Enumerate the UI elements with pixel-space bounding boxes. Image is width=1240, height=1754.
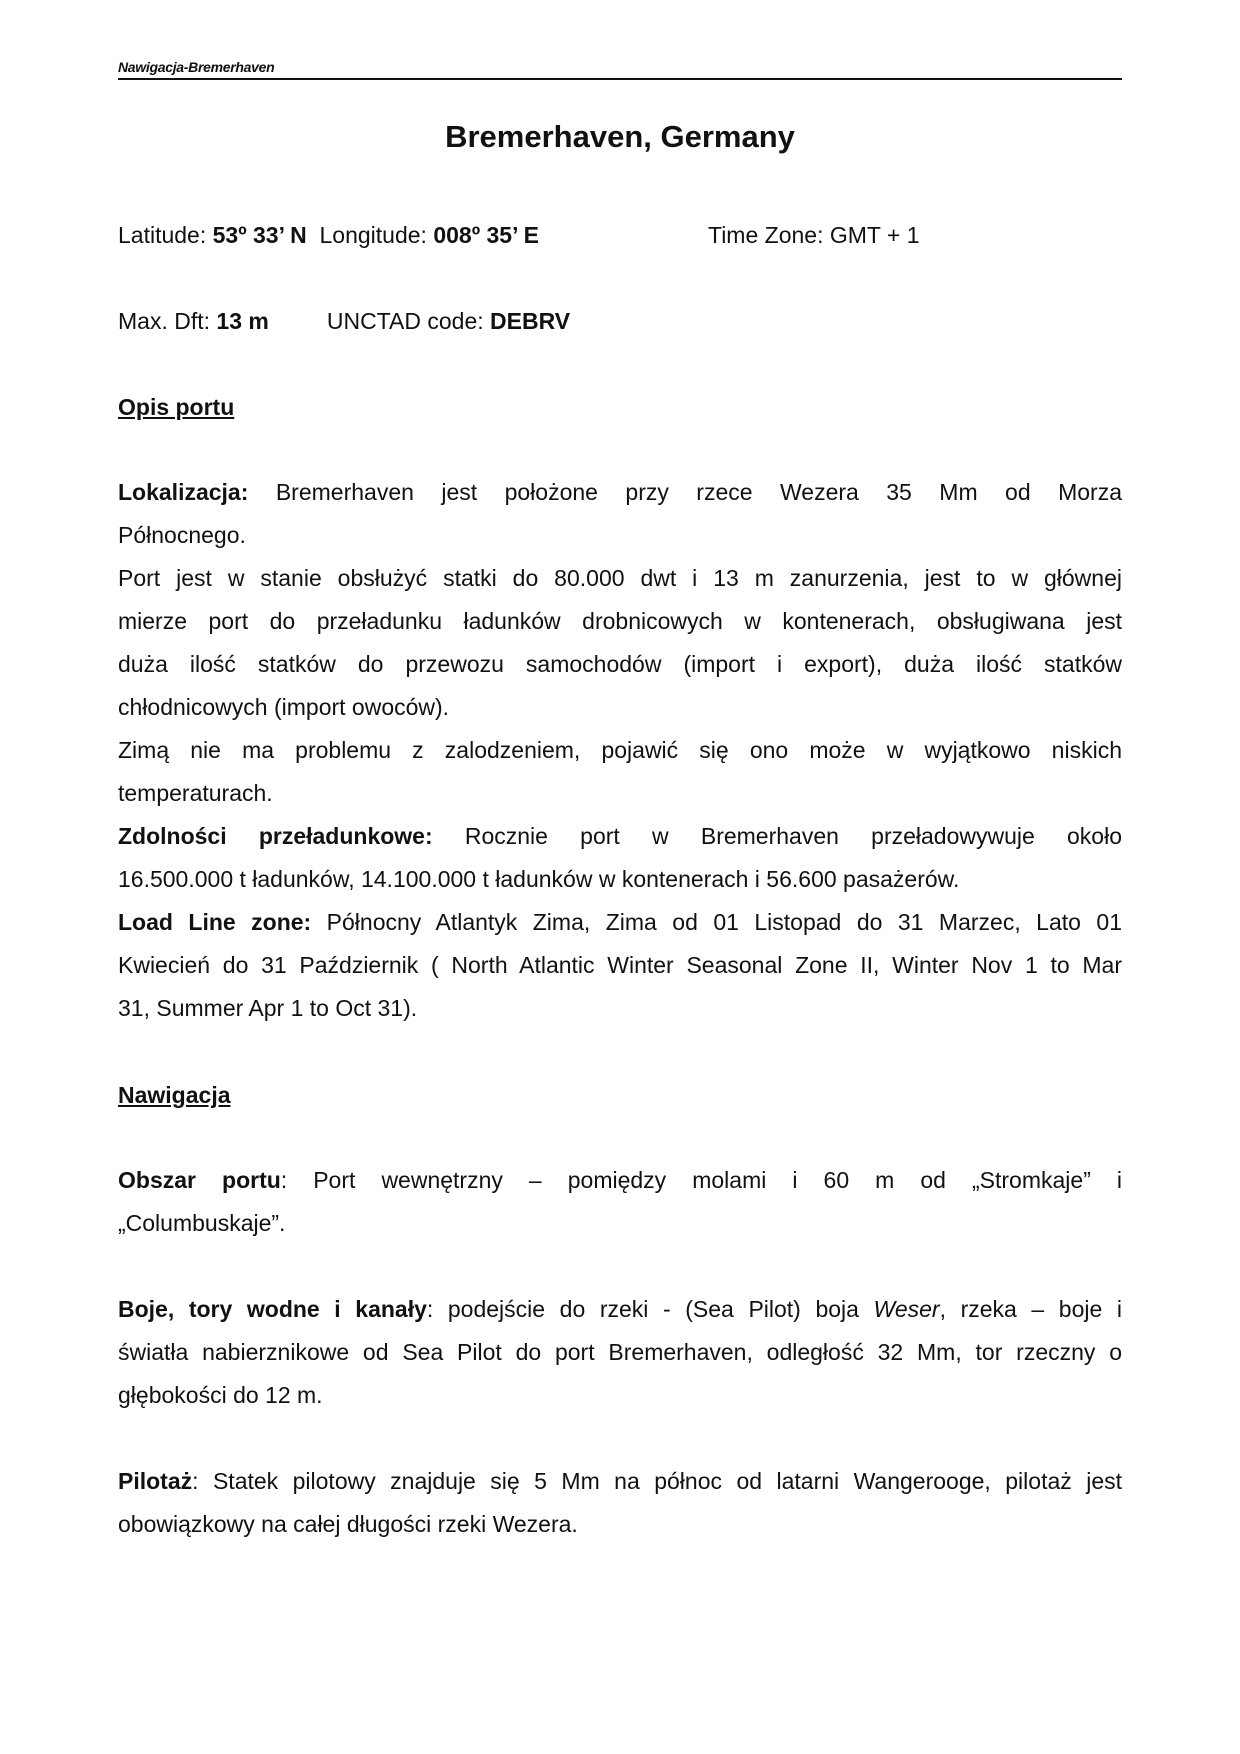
load-line-label: Load Line zone:	[118, 909, 311, 935]
paragraph-pilotaz: Pilotaż: Statek pilotowy znajduje się 5 …	[118, 1460, 1122, 1546]
unctad-value: DEBRV	[490, 308, 570, 334]
paragraph-obszar: Obszar portu: Port wewnętrzny – pomiędzy…	[118, 1159, 1122, 1245]
longitude-label: Longitude:	[320, 222, 434, 248]
coordinates-line: Latitude: 53º 33’ N Longitude: 008º 35’ …	[118, 220, 539, 250]
header-rule	[118, 78, 1122, 80]
latitude-value: 53º 33’ N	[213, 222, 307, 248]
unctad-label: UNCTAD code:	[327, 308, 490, 334]
running-head: Nawigacja-Bremerhaven	[118, 58, 1122, 76]
boje-label: Boje, tory wodne i kanały	[118, 1296, 427, 1322]
page-header: Nawigacja-Bremerhaven	[118, 58, 1122, 80]
paragraph-load-line: Load Line zone: Północny Atlantyk Zima, …	[118, 901, 1122, 1030]
timezone: Time Zone: GMT + 1	[708, 220, 920, 250]
draft-line: Max. Dft: 13 mUNCTAD code: DEBRV	[118, 306, 570, 336]
section-heading-nawigacja: Nawigacja	[118, 1080, 231, 1110]
latitude-label: Latitude:	[118, 222, 213, 248]
max-dft-value: 13 m	[216, 308, 268, 334]
longitude-value: 008º 35’ E	[433, 222, 539, 248]
paragraph-port-capacity: Port jest w stanie obsłużyć statki do 80…	[118, 557, 1122, 729]
max-dft-label: Max. Dft:	[118, 308, 216, 334]
paragraph-ice: Zimą nie ma problemu z zalodzeniem, poja…	[118, 729, 1122, 815]
zdolnosci-label: Zdolności przeładunkowe:	[118, 823, 433, 849]
weser-italic: Weser	[874, 1296, 940, 1322]
paragraph-boje: Boje, tory wodne i kanały: podejście do …	[118, 1288, 1122, 1417]
obszar-label: Obszar portu	[118, 1167, 281, 1193]
section-heading-opis: Opis portu	[118, 392, 234, 422]
pilotaz-label: Pilotaż	[118, 1468, 192, 1494]
paragraph-zdolnosci: Zdolności przeładunkowe: Rocznie port w …	[118, 815, 1122, 901]
document-title: Bremerhaven, Germany	[0, 117, 1240, 157]
paragraph-lokalizacja: Lokalizacja: Bremerhaven jest położone p…	[118, 471, 1122, 557]
lokalizacja-label: Lokalizacja:	[118, 479, 248, 505]
